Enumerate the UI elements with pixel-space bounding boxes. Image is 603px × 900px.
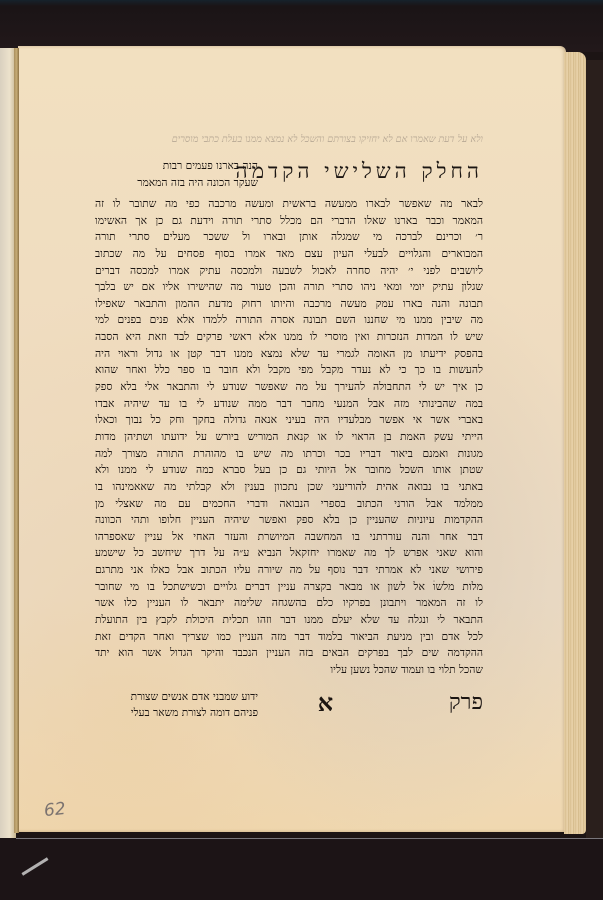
text-line: שיש לו המדות הנזכרות ואין מוסרי לו ממנו … bbox=[95, 329, 483, 346]
text-line: באתני בו נבואה אהית להוריעני שכן נתכוון … bbox=[95, 479, 483, 496]
text-line: דבר אחר והנה עוררתני בו המחשבה המיושרת ו… bbox=[95, 529, 483, 546]
text-line: התבאר לי ונגלה עד שלא יעלם ממנו דבר וזהו… bbox=[95, 612, 483, 629]
text-block: החלק השלישי הקדמה הנה בארנו פעמים רבות ש… bbox=[95, 158, 483, 722]
text-line: להעשות בו כך כי לא נעדר מקבל מפי מקבל ול… bbox=[95, 362, 483, 379]
chapter-number: א bbox=[258, 689, 393, 717]
text-line: המבוארים והגלויים לבעלי העיון עצם מאד אמ… bbox=[95, 246, 483, 263]
header-side-line: שעקר הכונה היה בזה המאמר bbox=[95, 175, 258, 192]
part-title: החלק השלישי הקדמה bbox=[258, 158, 483, 184]
chapter-header: פרק א ידוע שמבני אדם אנשים שצורת פניהם ד… bbox=[95, 689, 483, 722]
text-line: לו זה המאמר ויתבונן בפרקיו כלם בהשגחה של… bbox=[95, 595, 483, 612]
chapter-side-line: פניהם דומה לצורת משאר בעלי bbox=[95, 705, 258, 722]
text-line: מגונות ואמנם ביאור דבריו בכר וכרתו מה שי… bbox=[95, 446, 483, 463]
edge-shadow bbox=[586, 60, 603, 840]
chapter-side-text: ידוע שמבני אדם אנשים שצורת פניהם דומה לצ… bbox=[95, 689, 258, 722]
text-line: ההקדמה שים לבך בפרקים הבאים בזה העניין ה… bbox=[95, 645, 483, 662]
glass-edge bbox=[16, 838, 603, 839]
text-line: בהפסק ידיעתו מן האומה לגמרי עד שלא נמצא … bbox=[95, 346, 483, 363]
text-line: כן איך יש לי התחבולה להעירך על מה שאפשר … bbox=[95, 379, 483, 396]
text-line-last: שהכל תלוי בו ועמוד שהכל נשען עליו bbox=[95, 662, 483, 679]
text-line: ממלמד אבל הורני הכתוב בספרי הנבואה ודברי… bbox=[95, 496, 483, 513]
text-line: ר׳ וכרינם לברכה מי שמגלה אותן ובארו ול ש… bbox=[95, 229, 483, 246]
text-line: מלות מלשוׄ אל לשון או מבאר בקצרה עניין ד… bbox=[95, 579, 483, 596]
frame-top bbox=[0, 0, 603, 52]
text-line: מה שיבין ממנו מי שחננו השם תבונה אסרה הת… bbox=[95, 312, 483, 329]
header-side-text: הנה בארנו פעמים רבות שעקר הכונה היה בזה … bbox=[95, 158, 258, 192]
frame-bottom bbox=[0, 838, 603, 900]
text-line: במה שהבינותי מזה אבל המנעי מחבר דבר ממה … bbox=[95, 396, 483, 413]
text-line: ההקדמות עיוניות שהעניין כן בלא ספק ואפשר… bbox=[95, 512, 483, 529]
pencil-folio-number: 62 bbox=[43, 799, 67, 821]
text-line: לבאר מה שאפשר לבארו ממעשה בראשית ומעשה מ… bbox=[95, 196, 483, 213]
book-gutter bbox=[14, 48, 19, 833]
chapter-side-line: ידוע שמבני אדם אנשים שצורת bbox=[95, 689, 258, 706]
text-line: שגלון עתיק יומי ומאי ניהו סתרי תורה והכן… bbox=[95, 279, 483, 296]
page-fore-edge bbox=[564, 52, 586, 834]
show-through-text: ולא על דעת שאמרו אם לא יחזיקו בצורתם והש… bbox=[95, 134, 483, 148]
text-line: באברי אשר אי אפשר מבלעדיו היה בעיני אנאה… bbox=[95, 412, 483, 429]
text-line: שטתן אותו השכל מחובר אל היותי גם כן בעל … bbox=[95, 462, 483, 479]
text-line: לכל אדם ובין מניעת הביאור בלמוד דבר מזה … bbox=[95, 629, 483, 646]
body-text: לבאר מה שאפשר לבארו ממעשה בראשית ומעשה מ… bbox=[95, 196, 483, 679]
header-side-line: הנה בארנו פעמים רבות bbox=[95, 158, 258, 175]
text-line: והוא שאני אפרש לך מה שאמרו יחזקאל הנביא … bbox=[95, 545, 483, 562]
part-header: החלק השלישי הקדמה הנה בארנו פעמים רבות ש… bbox=[95, 158, 483, 196]
text-line: תבונה והנה בארו עמק מעשה מרכבה והיותו רח… bbox=[95, 296, 483, 313]
text-line: ליושבים לפני י׳ יהיה סחרה לאכול לשבעה ול… bbox=[95, 263, 483, 280]
chapter-word: פרק bbox=[393, 689, 483, 717]
text-line: הייתי עשק האמת בן הראוי לו או קנאת המורי… bbox=[95, 429, 483, 446]
text-line: המאמר וכבר בארנו שאלו הדברי הם מכלל סתרי… bbox=[95, 213, 483, 230]
text-line: פירושי שאני לא אמרתי דבר נוסף על מה שיור… bbox=[95, 562, 483, 579]
